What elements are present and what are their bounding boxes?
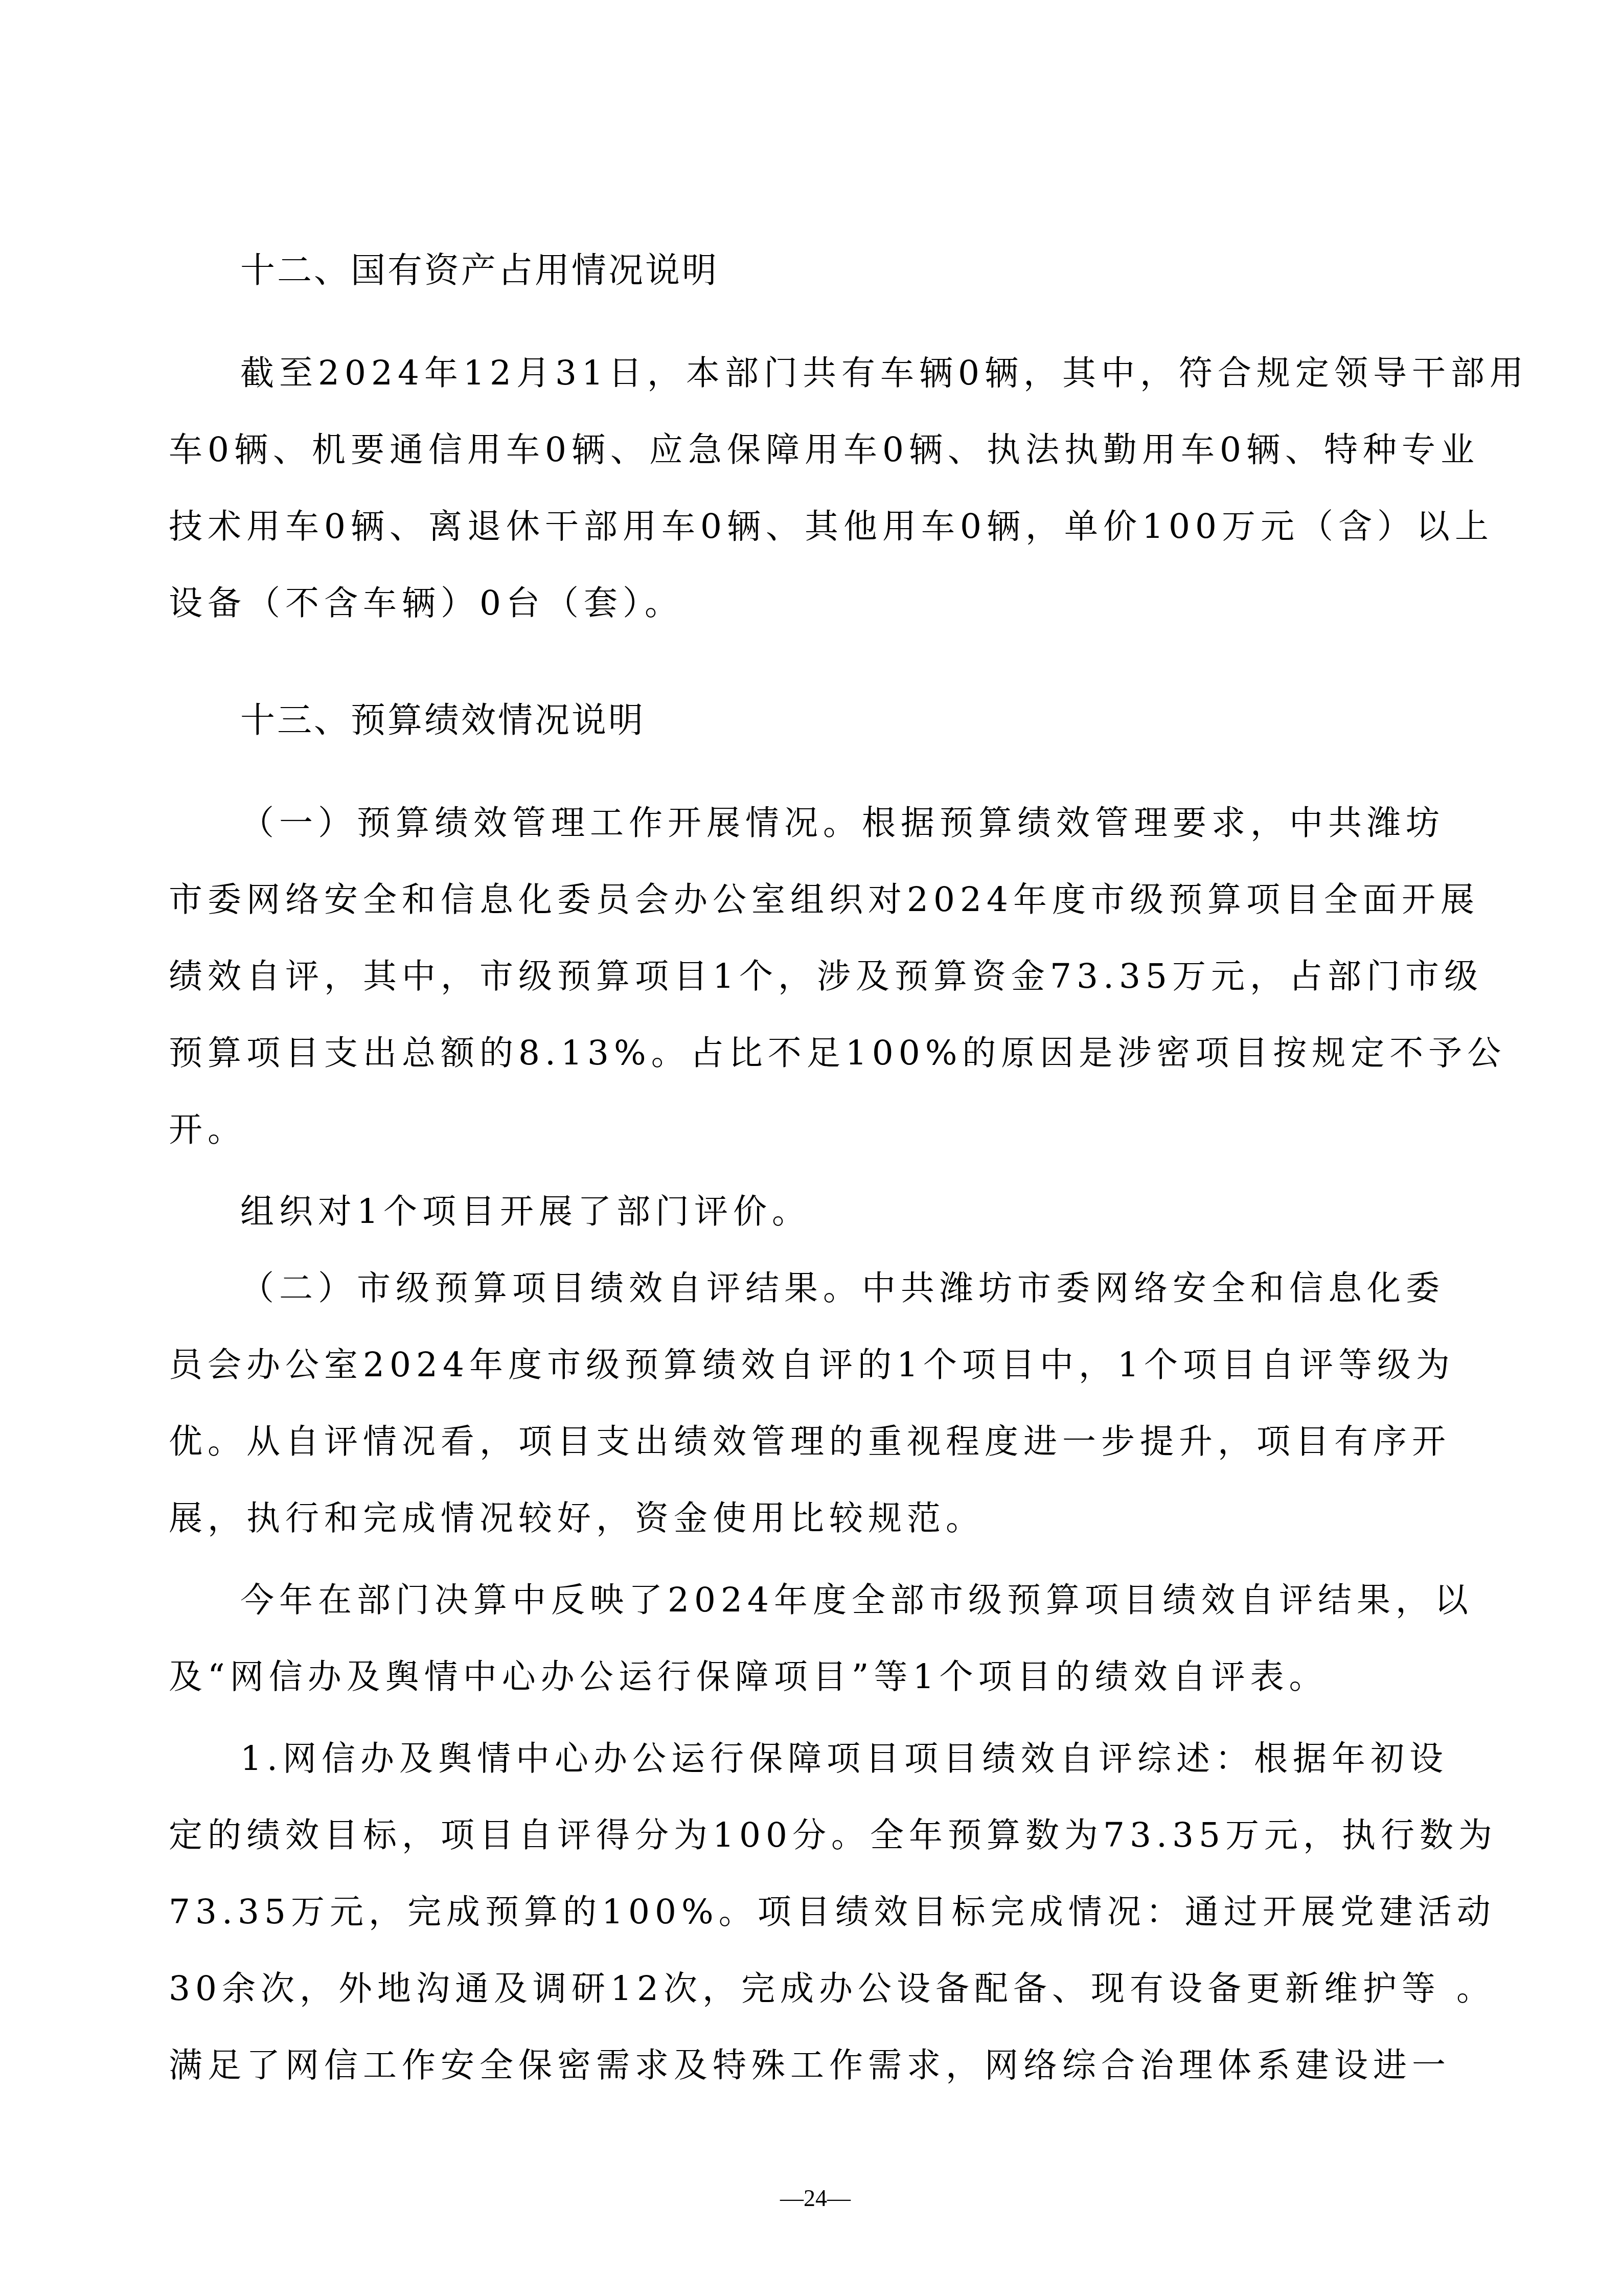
paragraph-line: 优。从自评情况看，项目支出绩效管理的重视程度进一步提升，项目有序开 [169, 1421, 1451, 1462]
paragraph-line: 绩效自评，其中，市级预算项目1个，涉及预算资金73.35万元，占部门市级 [169, 956, 1483, 997]
paragraph-line: 今年在部门决算中反映了2024年度全部市级预算项目绩效自评结果，以 [240, 1580, 1473, 1621]
paragraph-line: 展，执行和完成情况较好，资金使用比较规范。 [169, 1498, 985, 1539]
section-heading-13: 十三、预算绩效情况说明 [240, 700, 645, 741]
paragraph-line: 预算项目支出总额的8.13%。占比不足100%的原因是涉密项目按规定不予公 [169, 1033, 1506, 1074]
paragraph-line: 定的绩效目标，项目自评得分为100分。全年预算数为73.35万元，执行数为 [169, 1815, 1497, 1856]
paragraph-line: 截至2024年12月31日，本部门共有车辆0辆，其中，符合规定领导干部用 [240, 353, 1528, 394]
paragraph-line: 及“网信办及舆情中心办公运行保障项目”等1个项目的绩效自评表。 [169, 1656, 1328, 1697]
paragraph-line: 开。 [169, 1109, 246, 1150]
page-number: —24— [169, 2183, 1462, 2214]
paragraph-line: 市委网络安全和信息化委员会办公室组织对2024年度市级预算项目全面开展 [169, 879, 1479, 920]
paragraph-line: 73.35万元，完成预算的100%。项目绩效目标完成情况：通过开展党建活动 [169, 1892, 1496, 1933]
paragraph-line: 技术用车0辆、离退休干部用车0辆、其他用车0辆，单价100万元（含）以上 [169, 506, 1494, 547]
paragraph-line: 1.网信办及舆情中心办公运行保障项目项目绩效自评综述：根据年初设 [240, 1738, 1448, 1779]
paragraph-line: 车0辆、机要通信用车0辆、应急保障用车0辆、执法执勤用车0辆、特种专业 [169, 429, 1479, 470]
document-page: 十二、国有资产占用情况说明 截至2024年12月31日，本部门共有车辆0辆，其中… [169, 0, 1462, 2296]
paragraph-line: 组织对1个项目开展了部门评价。 [240, 1191, 811, 1232]
section-heading-12: 十二、国有资产占用情况说明 [240, 251, 719, 291]
paragraph-line: （二）市级预算项目绩效自评结果。中共潍坊市委网络安全和信息化委 [240, 1268, 1445, 1309]
paragraph-line: 满足了网信工作安全保密需求及特殊工作需求，网络综合治理体系建设进一 [169, 2045, 1451, 2086]
paragraph-line: （一）预算绩效管理工作开展情况。根据预算绩效管理要求，中共潍坊 [240, 803, 1445, 844]
paragraph-line: 设备（不含车辆）0台（套）。 [169, 583, 683, 624]
paragraph-line: 员会办公室2024年度市级预算绩效自评的1个项目中，1个项目自评等级为 [169, 1345, 1455, 1385]
paragraph-line: 30余次，外地沟通及调研12次，完成办公设备配备、现有设备更新维护等 。 [169, 1968, 1495, 2009]
